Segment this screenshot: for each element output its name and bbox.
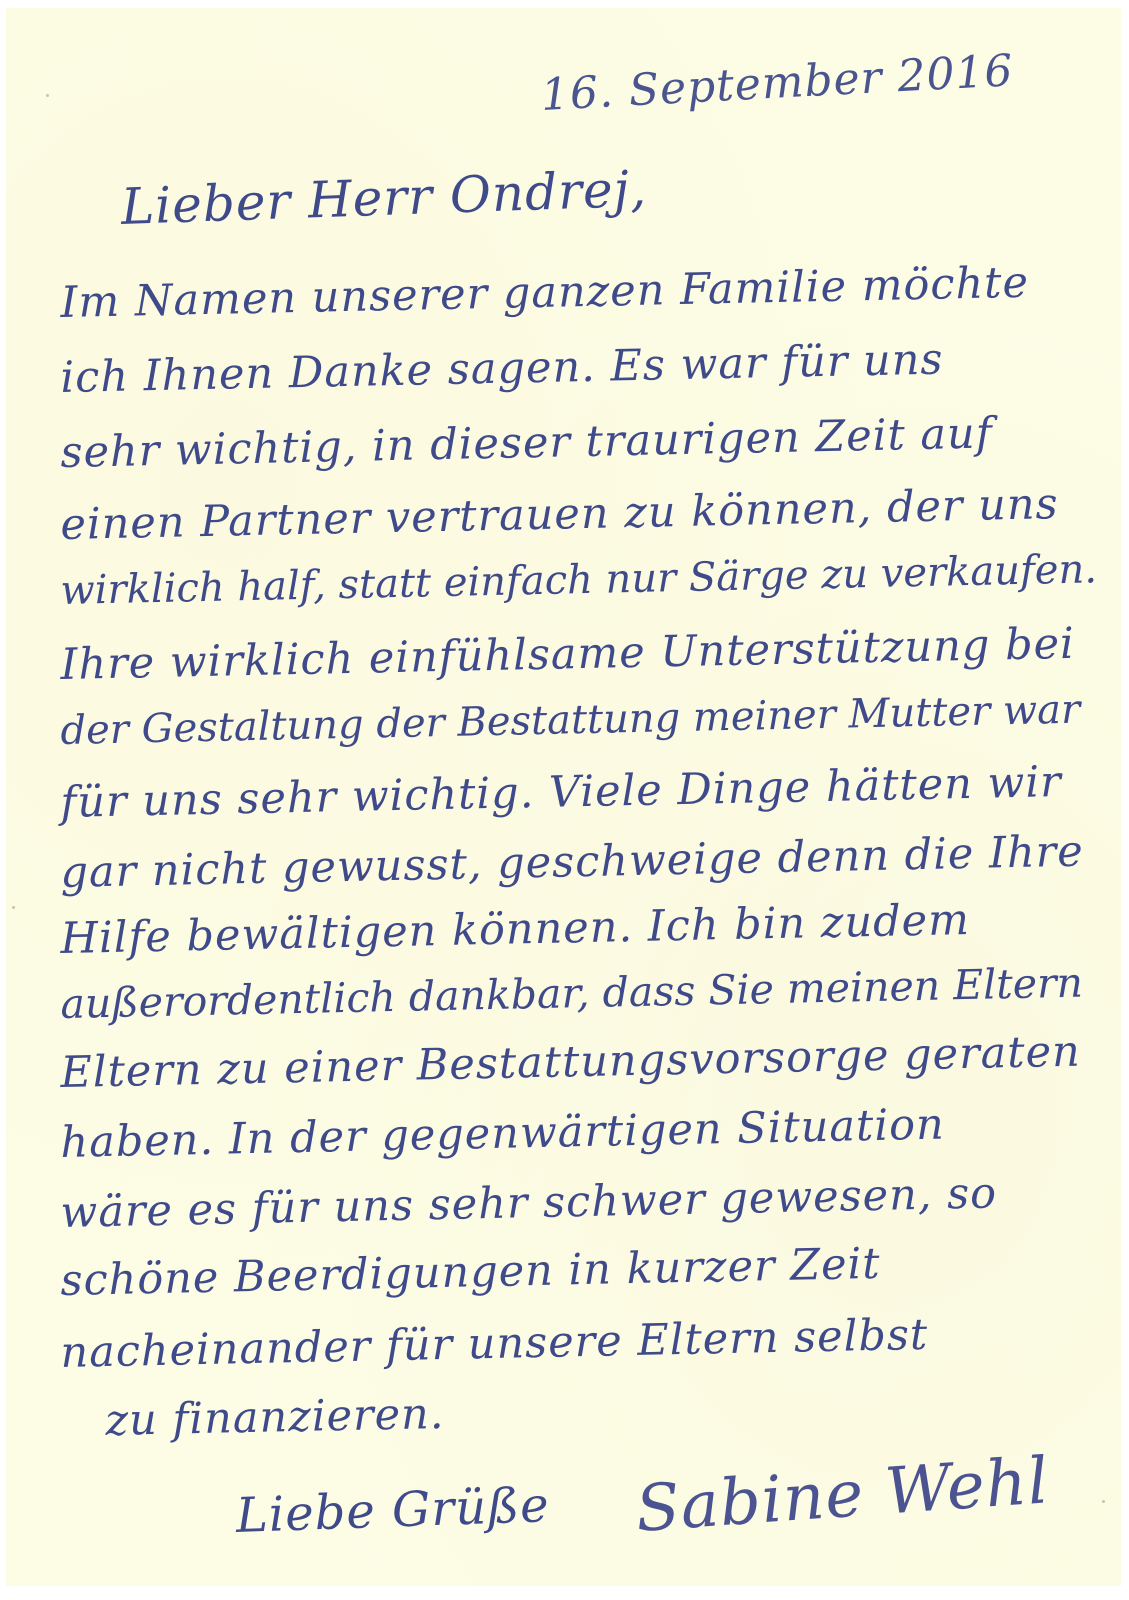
body-line: ich Ihnen Danke sagen. Es war für uns <box>60 335 944 403</box>
body-line: Hilfe bewältigen können. Ich bin zudem <box>60 895 970 964</box>
body-line: haben. In der gegenwärtigen Situation <box>60 1099 945 1168</box>
body-line: sehr wichtig, in dieser traurigen Zeit a… <box>60 408 993 478</box>
paper-speck <box>46 94 49 97</box>
body-line: wirklich half, statt einfach nur Särge z… <box>60 546 1097 614</box>
paper-speck <box>1102 1500 1105 1503</box>
letter-paper: 16. September 2016 Lieber Herr Ondrej, I… <box>6 8 1121 1586</box>
body-line: der Gestaltung der Bestattung meiner Mut… <box>60 687 1081 754</box>
body-line: zu finanzieren. <box>105 1389 445 1446</box>
body-line: nacheinander für unsere Eltern selbst <box>60 1310 929 1378</box>
body-line: gar nicht gewusst, geschweige denn die I… <box>60 827 1084 898</box>
letter-closing: Liebe Grüße <box>235 1477 550 1544</box>
body-line: für uns sehr wichtig. Viele Dinge hätten… <box>60 757 1062 828</box>
paper-speck <box>12 906 15 909</box>
body-line: Im Namen unserer ganzen Familie möchte <box>60 258 1029 328</box>
letter-salutation: Lieber Herr Ondrej, <box>120 160 648 236</box>
body-line: schöne Beerdigungen in kurzer Zeit <box>60 1239 881 1306</box>
body-line: Eltern zu einer Bestattungsvorsorge gera… <box>60 1027 1081 1098</box>
body-line: einen Partner vertrauen zu können, der u… <box>60 479 1059 550</box>
signature: Sabine Wehl <box>633 1444 1051 1547</box>
body-line: Ihre wirklich einfühlsame Unterstützung … <box>60 619 1075 690</box>
body-line: wäre es für uns sehr schwer gewesen, so <box>60 1168 998 1238</box>
letter-date: 16. September 2016 <box>540 45 1015 121</box>
body-line: außerordentlich dankbar, dass Sie meinen… <box>60 959 1083 1028</box>
